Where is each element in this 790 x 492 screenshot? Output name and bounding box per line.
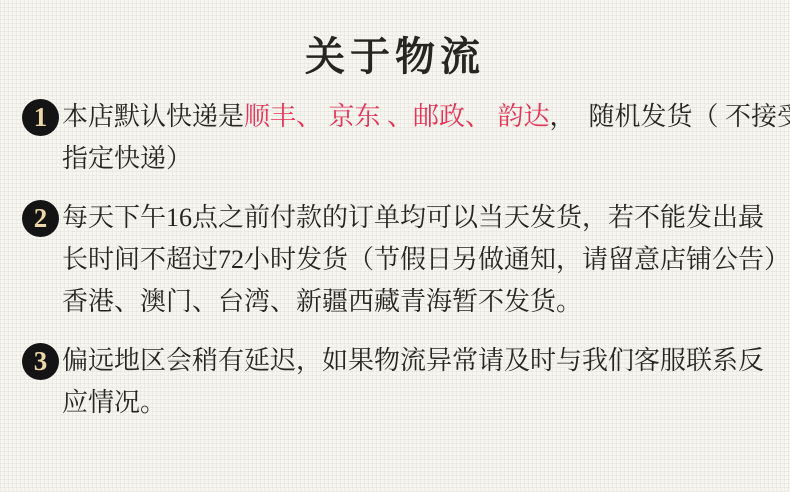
page-title: 关于物流 [0, 0, 790, 82]
item-text-line: 本店默认快递是顺丰、 京东 、邮政、 韵达， 随机发货（ 不接受 [62, 96, 766, 138]
item-number-badge: 3 [22, 343, 59, 380]
item-text-line: 偏远地区会稍有延迟，如果物流异常请及时与我们客服联系反 [62, 340, 766, 382]
notice-text-segment: 偏远地区会稍有延迟，如果物流异常请及时与我们客服联系反 [62, 346, 764, 375]
notice-text-segment: 指定快递） [62, 144, 192, 173]
notice-text-segment: 应情况。 [62, 388, 166, 417]
item-text-line: 长时间不超过72小时发货（节假日另做通知，请留意店铺公告） [62, 239, 766, 281]
list-item: 2 每天下午16点之前付款的订单均可以当天发货，若不能发出最长时间不超过72小时… [22, 197, 766, 323]
notice-text-segment: 香港、澳门、台湾、新疆西藏青海暂不发货。 [62, 287, 582, 316]
item-text: 偏远地区会稍有延迟，如果物流异常请及时与我们客服联系反应情况。 [62, 340, 766, 424]
item-text: 每天下午16点之前付款的订单均可以当天发货，若不能发出最长时间不超过72小时发货… [62, 197, 766, 323]
list-item: 3 偏远地区会稍有延迟，如果物流异常请及时与我们客服联系反应情况。 [22, 340, 766, 424]
item-text: 本店默认快递是顺丰、 京东 、邮政、 韵达， 随机发货（ 不接受指定快递） [62, 96, 766, 180]
list-item: 1 本店默认快递是顺丰、 京东 、邮政、 韵达， 随机发货（ 不接受指定快递） [22, 96, 766, 180]
notice-list: 1 本店默认快递是顺丰、 京东 、邮政、 韵达， 随机发货（ 不接受指定快递） … [0, 96, 790, 424]
notice-text-segment: ， 随机发货（ 不接受 [550, 102, 790, 131]
notice-text-segment: 每天下午16点之前付款的订单均可以当天发货，若不能发出最 [62, 203, 764, 232]
item-text-line: 指定快递） [62, 138, 766, 180]
courier-names-highlight: 顺丰、 京东 、邮政、 韵达 [244, 102, 550, 131]
notice-text-segment: 本店默认快递是 [62, 102, 244, 131]
notice-text-segment: 长时间不超过72小时发货（节假日另做通知，请留意店铺公告） [62, 245, 790, 274]
item-number-badge: 1 [22, 99, 59, 136]
item-text-line: 应情况。 [62, 382, 766, 424]
item-number-badge: 2 [22, 200, 59, 237]
logistics-notice-poster: 关于物流 1 本店默认快递是顺丰、 京东 、邮政、 韵达， 随机发货（ 不接受指… [0, 0, 790, 492]
item-text-line: 香港、澳门、台湾、新疆西藏青海暂不发货。 [62, 281, 766, 323]
item-text-line: 每天下午16点之前付款的订单均可以当天发货，若不能发出最 [62, 197, 766, 239]
